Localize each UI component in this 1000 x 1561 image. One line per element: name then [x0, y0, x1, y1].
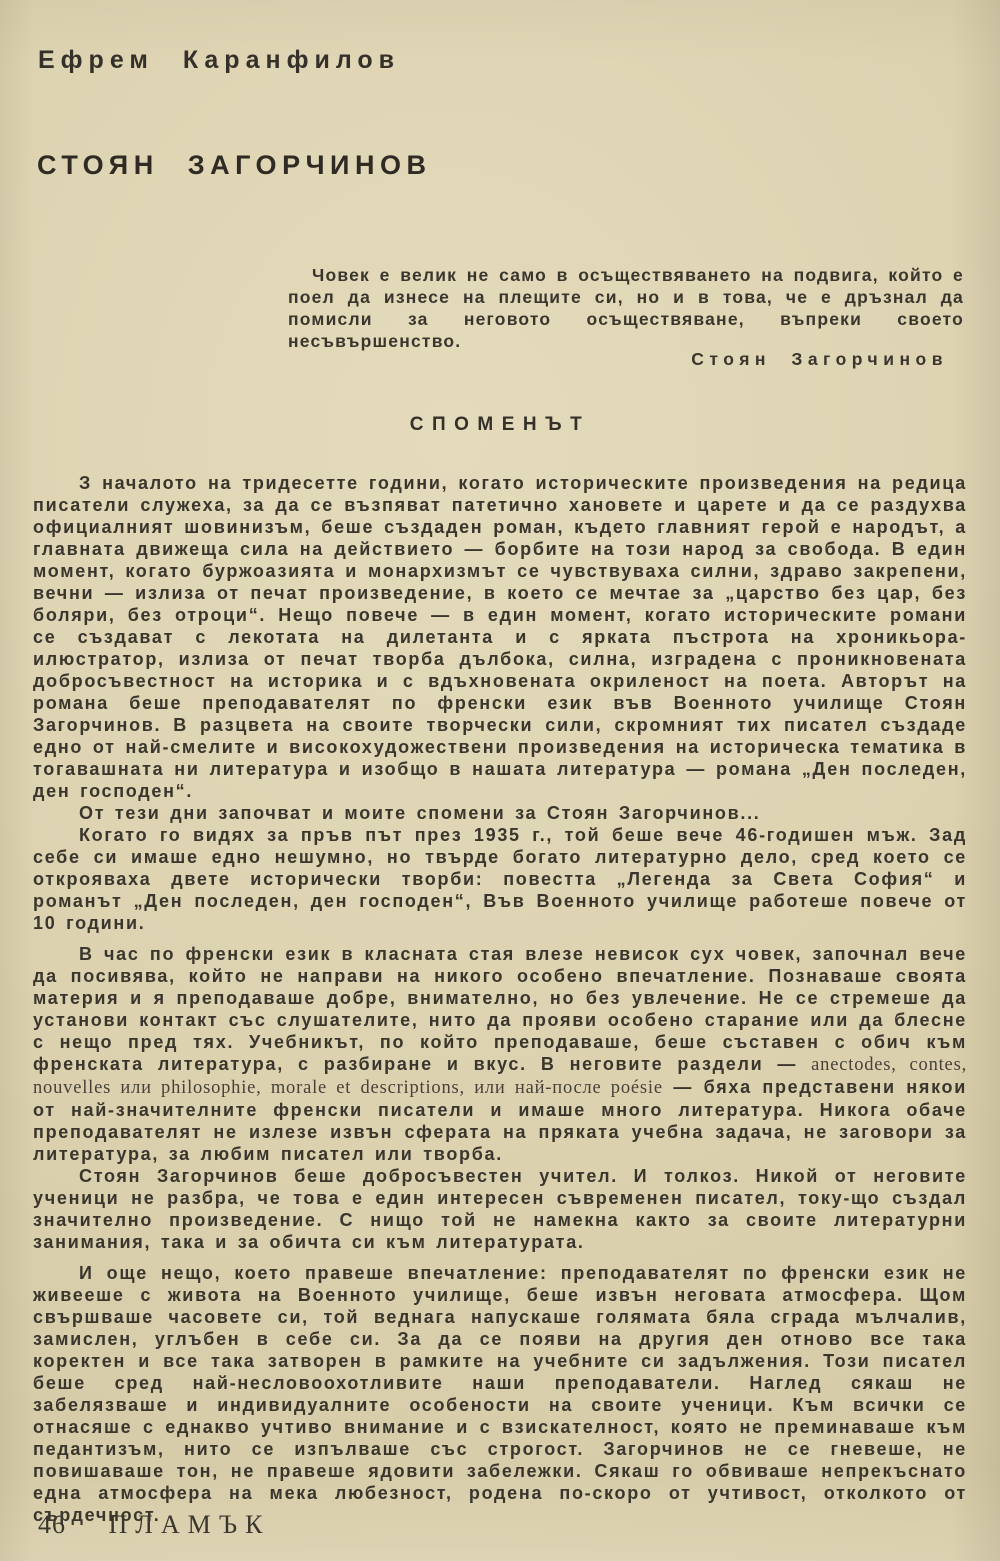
paragraph: Когато го видях за пръв път през 1935 г.…	[33, 824, 967, 934]
article-title: СТОЯН ЗАГОРЧИНОВ	[37, 150, 431, 181]
paragraph: З началото на тридесетте години, когато …	[33, 472, 967, 802]
text-run: И още нещо, което правеше впечатление: п…	[33, 1263, 967, 1525]
paragraph: В час по френски език в класната стая вл…	[33, 943, 967, 1165]
text-run: От тези дни започват и моите спомени за …	[79, 803, 760, 823]
section-heading: СПОМЕНЪТ	[0, 414, 1000, 436]
paragraph: И още нещо, което правеше впечатление: п…	[33, 1262, 967, 1526]
author-name: Ефрем Каранфилов	[38, 46, 400, 75]
epigraph-text: Човек е велик не само в осъществяването …	[288, 264, 964, 352]
text-run: Когато го видях за пръв път през 1935 г.…	[33, 825, 967, 933]
epigraph-attribution: Стоян Загорчинов	[288, 349, 948, 370]
page-footer: 46 ПЛАМЪК	[38, 1510, 271, 1540]
text-run: Стоян Загорчинов беше добросъвестен учит…	[33, 1166, 967, 1252]
paragraph: Стоян Загорчинов беше добросъвестен учит…	[33, 1165, 967, 1253]
magazine-title: ПЛАМЪК	[109, 1510, 271, 1539]
text-run: З началото на тридесетте години, когато …	[33, 473, 967, 801]
magazine-page: Ефрем Каранфилов СТОЯН ЗАГОРЧИНОВ Човек …	[0, 0, 1000, 1561]
body-text: З началото на тридесетте години, когато …	[33, 472, 967, 1526]
paragraph: От тези дни започват и моите спомени за …	[33, 802, 967, 824]
page-number: 46	[38, 1510, 66, 1539]
